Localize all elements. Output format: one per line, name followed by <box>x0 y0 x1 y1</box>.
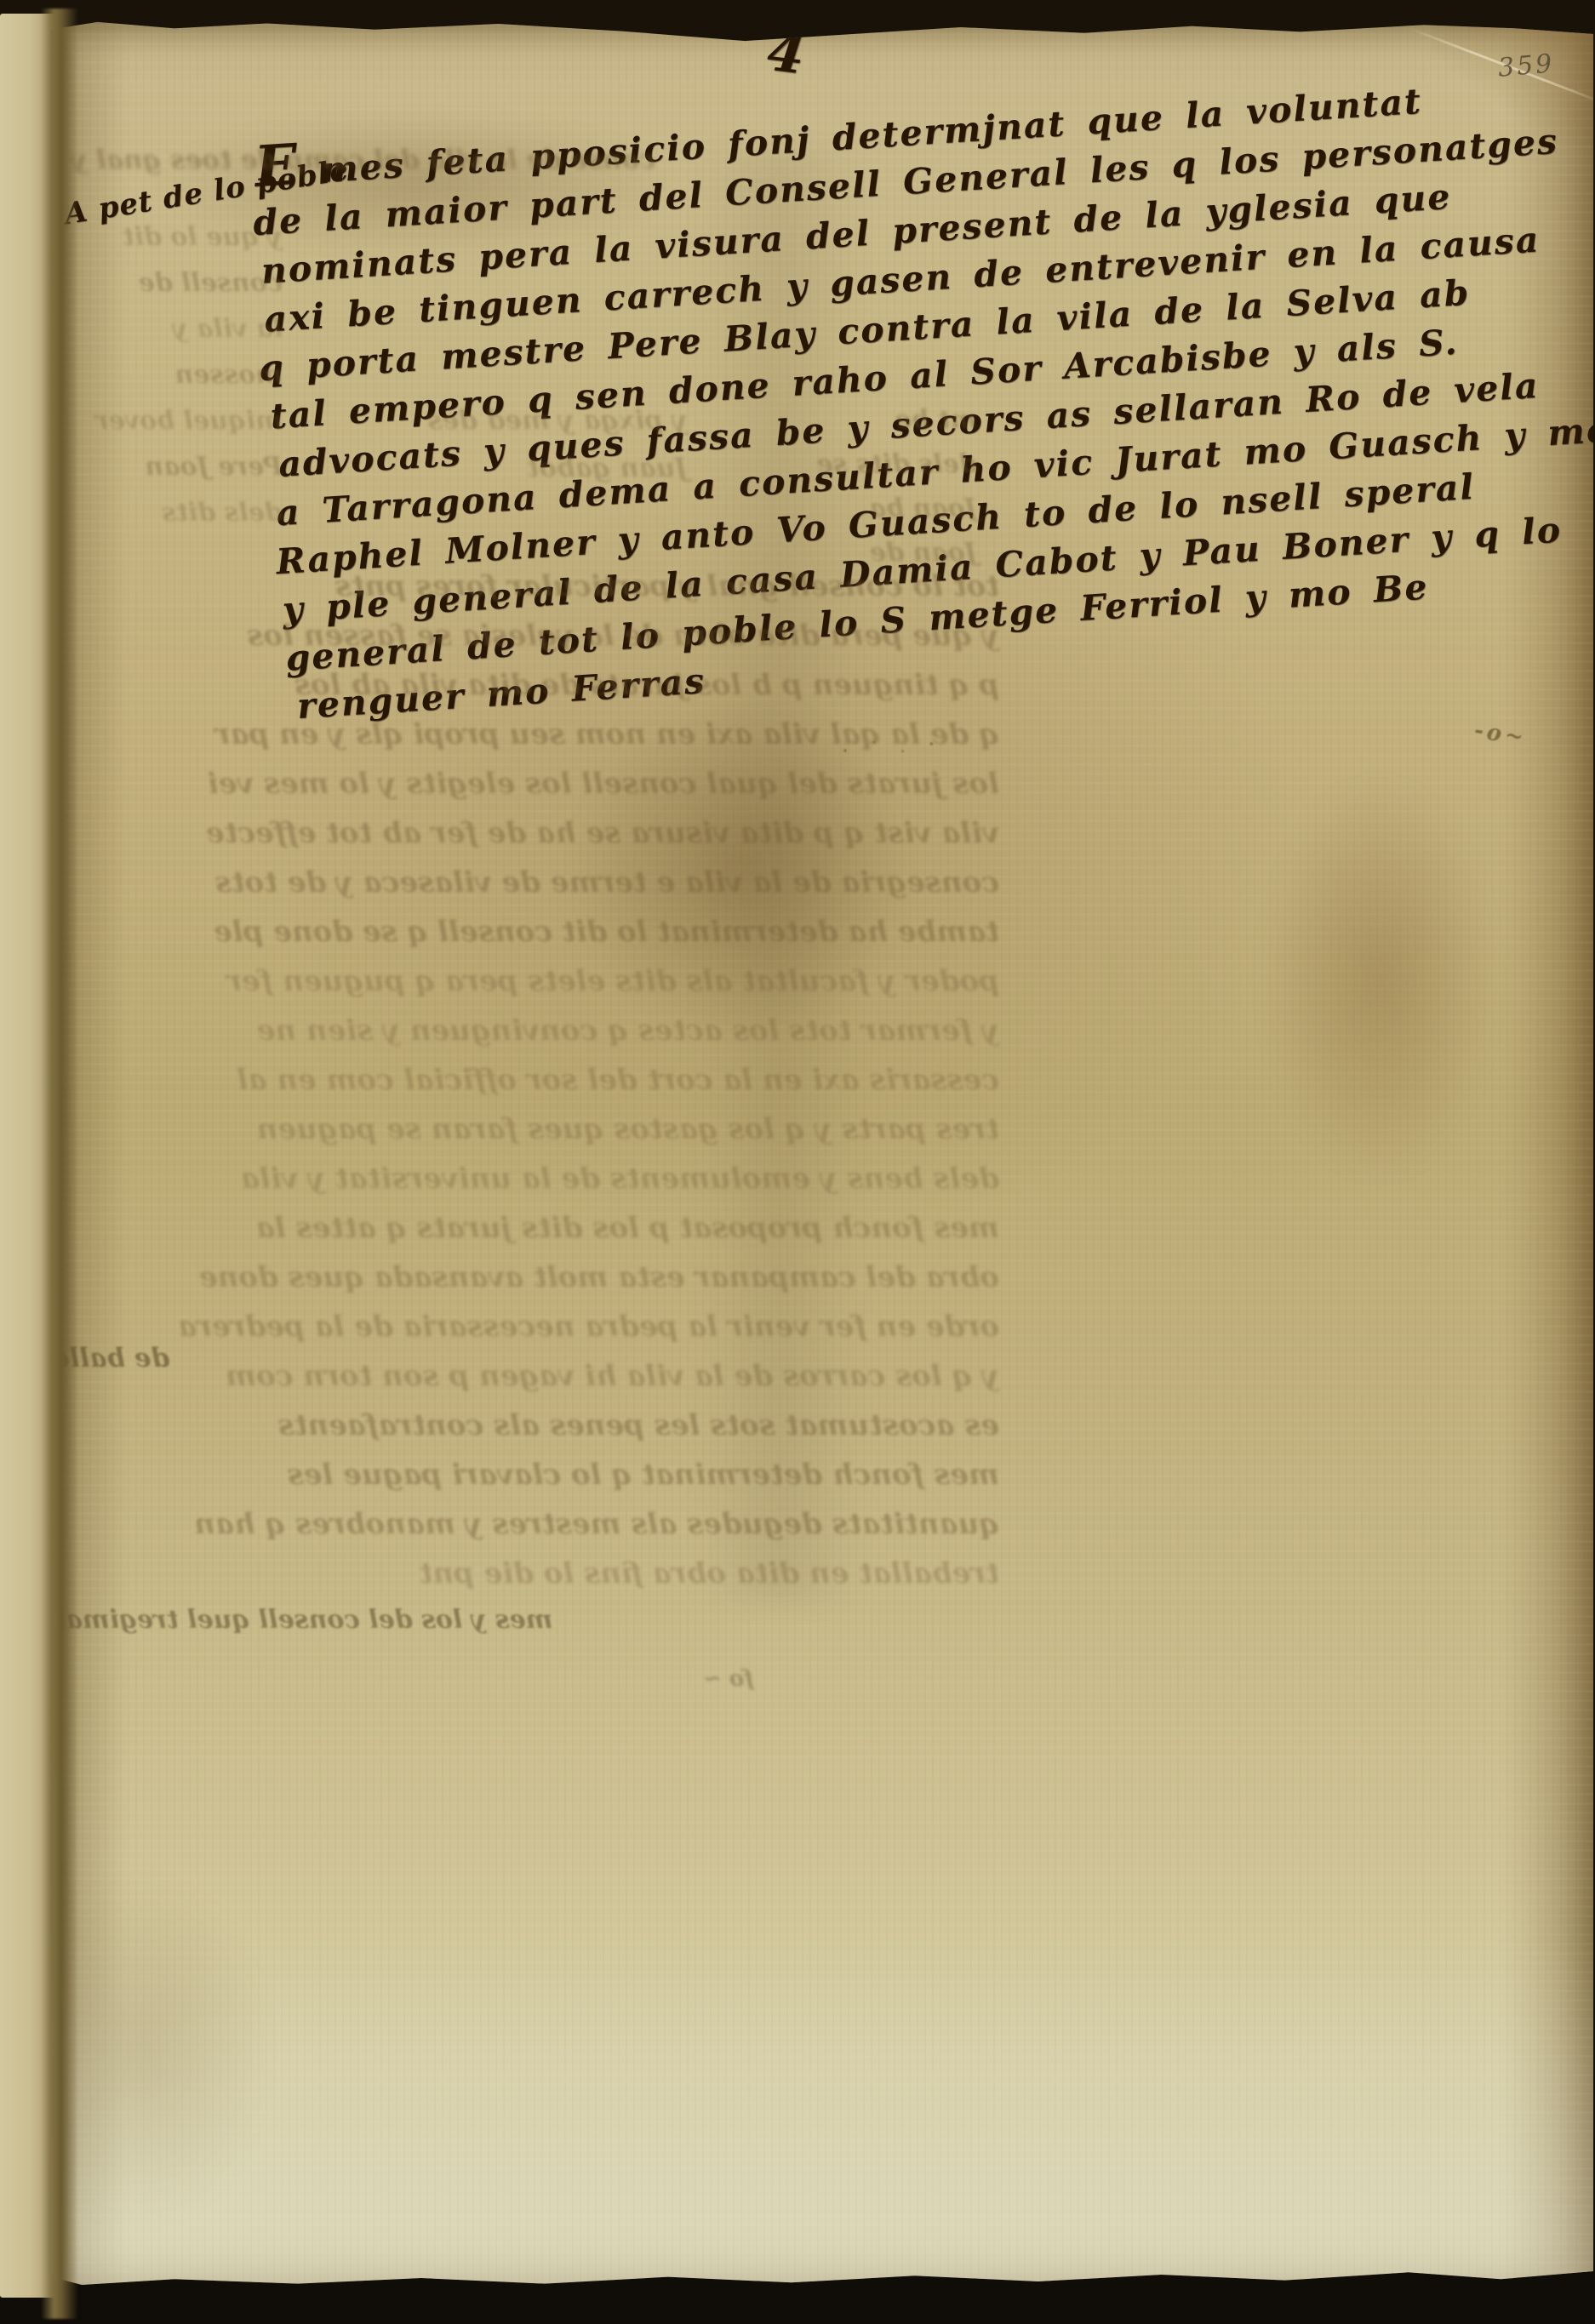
bleedthrough-line: q de la qal vila axi en nom seu propi ql… <box>73 710 999 759</box>
bleedthrough-line: poder y facultat als dits elets pera q p… <box>54 956 999 1006</box>
bleedthrough-line: Pere Joan <box>70 444 283 490</box>
bleedthrough-line: y pixga y med des <box>279 397 688 444</box>
bleedthrough-line: cessaris axi en la cort del sor official… <box>54 1055 999 1105</box>
bleedthrough-line: obra del campanar esta molt avansada que… <box>54 1253 999 1302</box>
bleedthrough-line: tot lo consell gnal y particular fores p… <box>54 562 999 611</box>
bleedthrough-line: Juan gabot <box>279 444 688 492</box>
bleedthrough-line: mes fonch determinat q lo clavari pague … <box>54 1450 999 1499</box>
bleedthrough-line: y que lo dit <box>83 214 283 260</box>
stain <box>1260 774 1498 1183</box>
bleedthrough-line: consell de <box>70 260 283 306</box>
bleedthrough-line: tambe ha determinat lo dit consell q se … <box>73 907 999 956</box>
bleedthrough-line: mt be <box>705 398 977 443</box>
bleedthrough-line: conse de la vila del camp de toes gnal y… <box>77 145 655 175</box>
bleedthrough-band: conse de la vila del camp de toes gnal y… <box>77 145 655 175</box>
binding-gutter <box>41 9 78 2319</box>
bleedthrough-line: Joan ba <box>705 487 977 531</box>
bleedthrough-line: orde en fer venir la pedra necessaria de… <box>73 1302 999 1351</box>
bleedthrough-line: dels dits <box>83 490 283 536</box>
margin-scribble: -o~ <box>1472 717 1529 751</box>
manuscript-page: 359 4 A pet de lo poble E mes feta pposi… <box>51 17 1593 2292</box>
bleedthrough-line: tres parts y q los gastos ques faran se … <box>73 1105 999 1154</box>
bleedthrough-line: dels bens y emoluments de la universitat… <box>54 1154 999 1203</box>
bleedthrough-line: vila vist q p dita visura se ha de fer a… <box>73 808 999 858</box>
bleedthrough-line: y fermar tots los actes q convinguen y s… <box>73 1006 999 1055</box>
heading-mark: 4 <box>764 20 809 87</box>
bleedthrough-line: dels dits se <box>705 443 977 487</box>
bleedthrough-right-fragments: mt bedels dits seJoan baJoan de <box>705 398 977 575</box>
bleedthrough-mid-fragments: y pixga y med desJuan gabot <box>279 397 688 492</box>
bleedthrough-line: miquel bover <box>83 398 283 444</box>
bleedthrough-line: y que pera dita obra de la yglesia se fa… <box>73 611 999 660</box>
bleedthrough-line: consegria de la vila e terme de vilaseca… <box>54 858 999 907</box>
bleedthrough-line: p q tinguen p b los jurats de dita vila … <box>54 660 999 710</box>
bleedthrough-line: treballat en dita obra fins lo die pnt <box>54 1549 999 1598</box>
scanned-manuscript: 359 4 A pet de lo poble E mes feta pposi… <box>0 0 1595 2324</box>
bleedthrough-line: la vila y <box>83 306 283 352</box>
bleedthrough-main-block: tot lo consell gnal y particular fores p… <box>54 562 999 1598</box>
bleedthrough-line: mossen <box>70 352 283 398</box>
bleedthrough-line: mes fonch proposat p los dits jurats q a… <box>73 1203 999 1253</box>
bleedthrough-line: quantitats degudes als mestres y manobre… <box>73 1499 999 1549</box>
stain <box>51 1872 272 2230</box>
bleedthrough-line: los jurats del qual consell los elegits … <box>54 759 999 808</box>
bleedthrough-line: es acostumat sots les penes als contrafa… <box>73 1401 999 1450</box>
bleedthrough-dark-fragment: mes y los del consell quel tregimal <box>56 1605 552 1635</box>
bleedthrough-left-column: y que lo ditconsell dela vila ymossenmiq… <box>70 214 283 536</box>
bleedthrough-line: y q los carros de la vila hi vagen p son… <box>54 1351 999 1401</box>
bleedthrough-dark-fragment: fo ~ <box>703 1666 753 1692</box>
